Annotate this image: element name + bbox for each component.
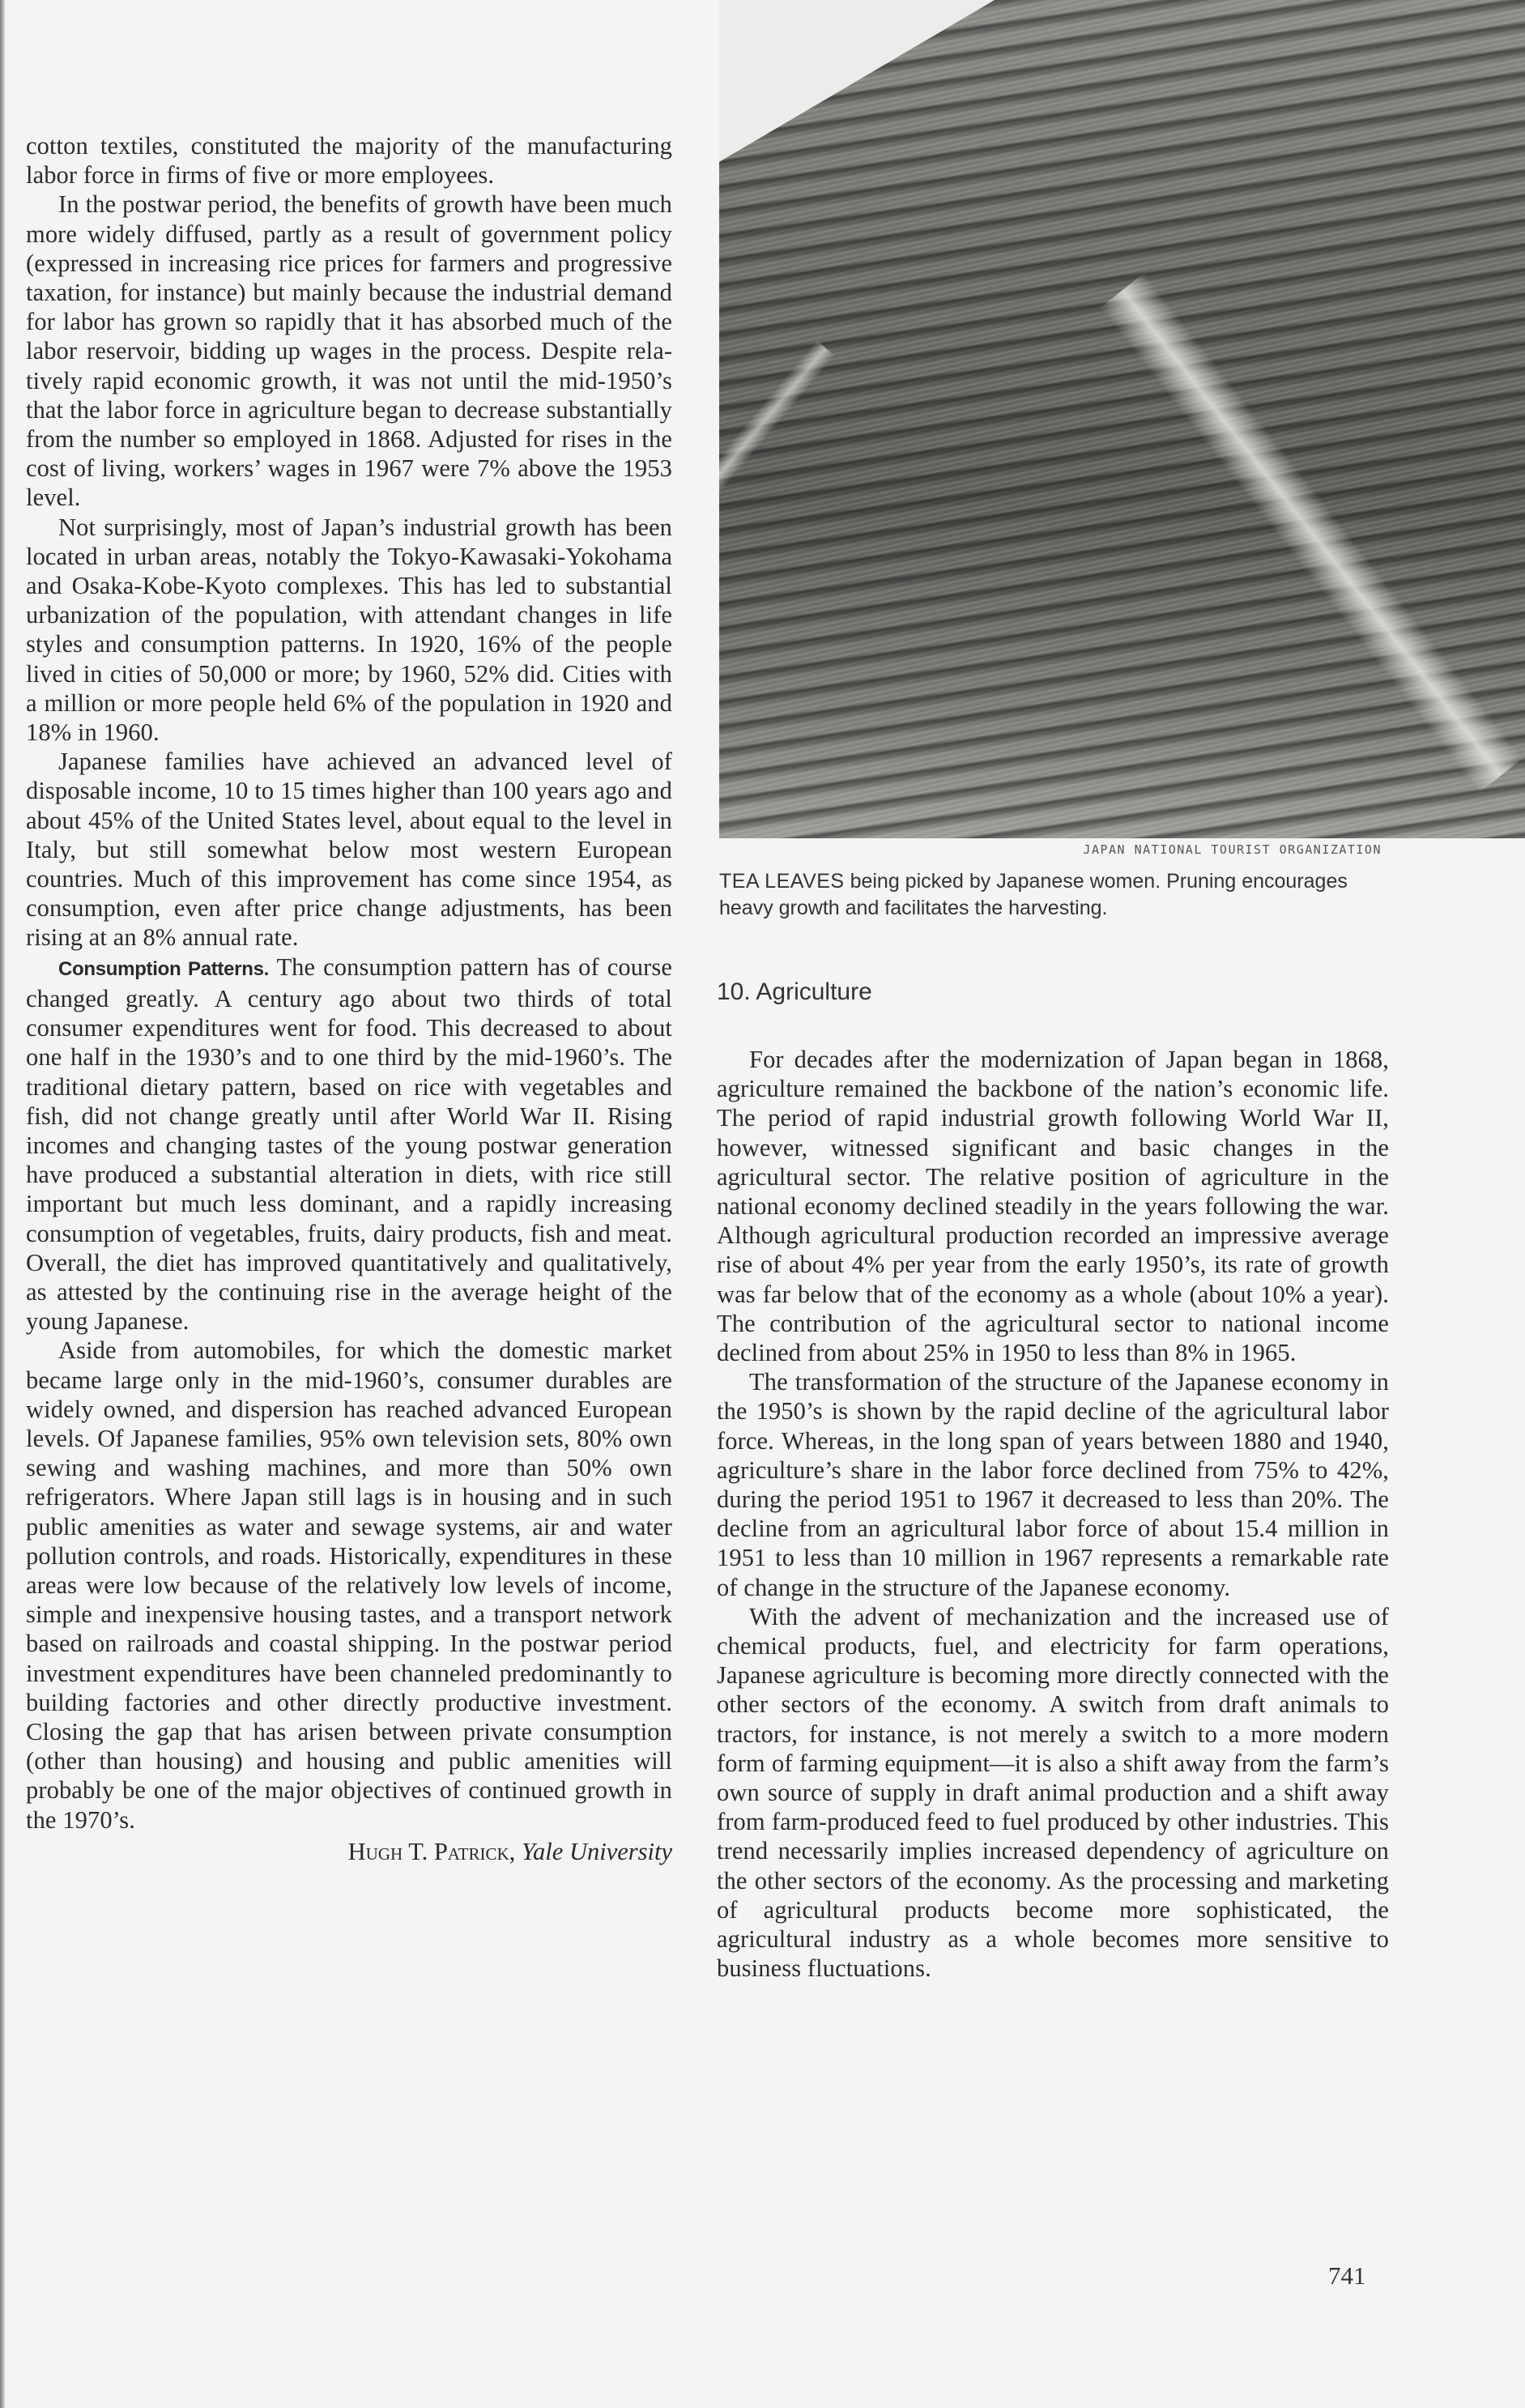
paragraph-cotton-textiles: cotton textiles, constituted the majorit… <box>26 131 672 190</box>
photo-sky <box>719 0 995 162</box>
left-column: cotton textiles, constituted the majorit… <box>26 131 672 1867</box>
consumption-paragraph-text: The consumption pattern has of course ch… <box>26 953 672 1335</box>
author-affiliation: Yale University <box>522 1838 672 1865</box>
photo-footpath-secondary <box>719 340 835 542</box>
paragraph-labor-force-transformation: The transformation of the structure of t… <box>717 1367 1389 1602</box>
author-name: Hugh T. Patrick, <box>348 1838 516 1865</box>
right-column: For decades after the modernization of J… <box>717 1045 1389 1984</box>
photo-caption: TEA LEAVES being picked by Japanese wome… <box>719 868 1399 922</box>
paragraph-agriculture-decades: For decades after the modernization of J… <box>717 1045 1389 1367</box>
section-heading-agriculture: 10. Agriculture <box>717 978 872 1006</box>
paragraph-disposable-income: Japanese families have achieved an advan… <box>26 747 672 952</box>
run-in-heading-consumption-patterns: Consumption Patterns. <box>58 958 269 980</box>
paragraph-consumption-patterns: Consumption Patterns. The consumption pa… <box>26 953 672 1336</box>
photo-footpath <box>1100 273 1523 793</box>
page-edge <box>0 0 5 2408</box>
paragraph-postwar-growth: In the postwar period, the benefits of g… <box>26 190 672 512</box>
author-signature: Hugh T. Patrick, Yale University <box>26 1836 672 1867</box>
caption-lead: TEA LEAVES <box>719 870 845 893</box>
page-number: 741 <box>1328 2261 1366 2291</box>
paragraph-consumer-durables: Aside from automobiles, for which the do… <box>26 1336 672 1834</box>
tea-field-photo <box>719 0 1525 838</box>
paragraph-mechanization: With the advent of mechanization and the… <box>717 1602 1389 1984</box>
paragraph-urbanization: Not surprisingly, most of Japan’s indust… <box>26 513 672 748</box>
photo-credit: JAPAN NATIONAL TOURIST ORGANIZATION <box>719 842 1382 857</box>
